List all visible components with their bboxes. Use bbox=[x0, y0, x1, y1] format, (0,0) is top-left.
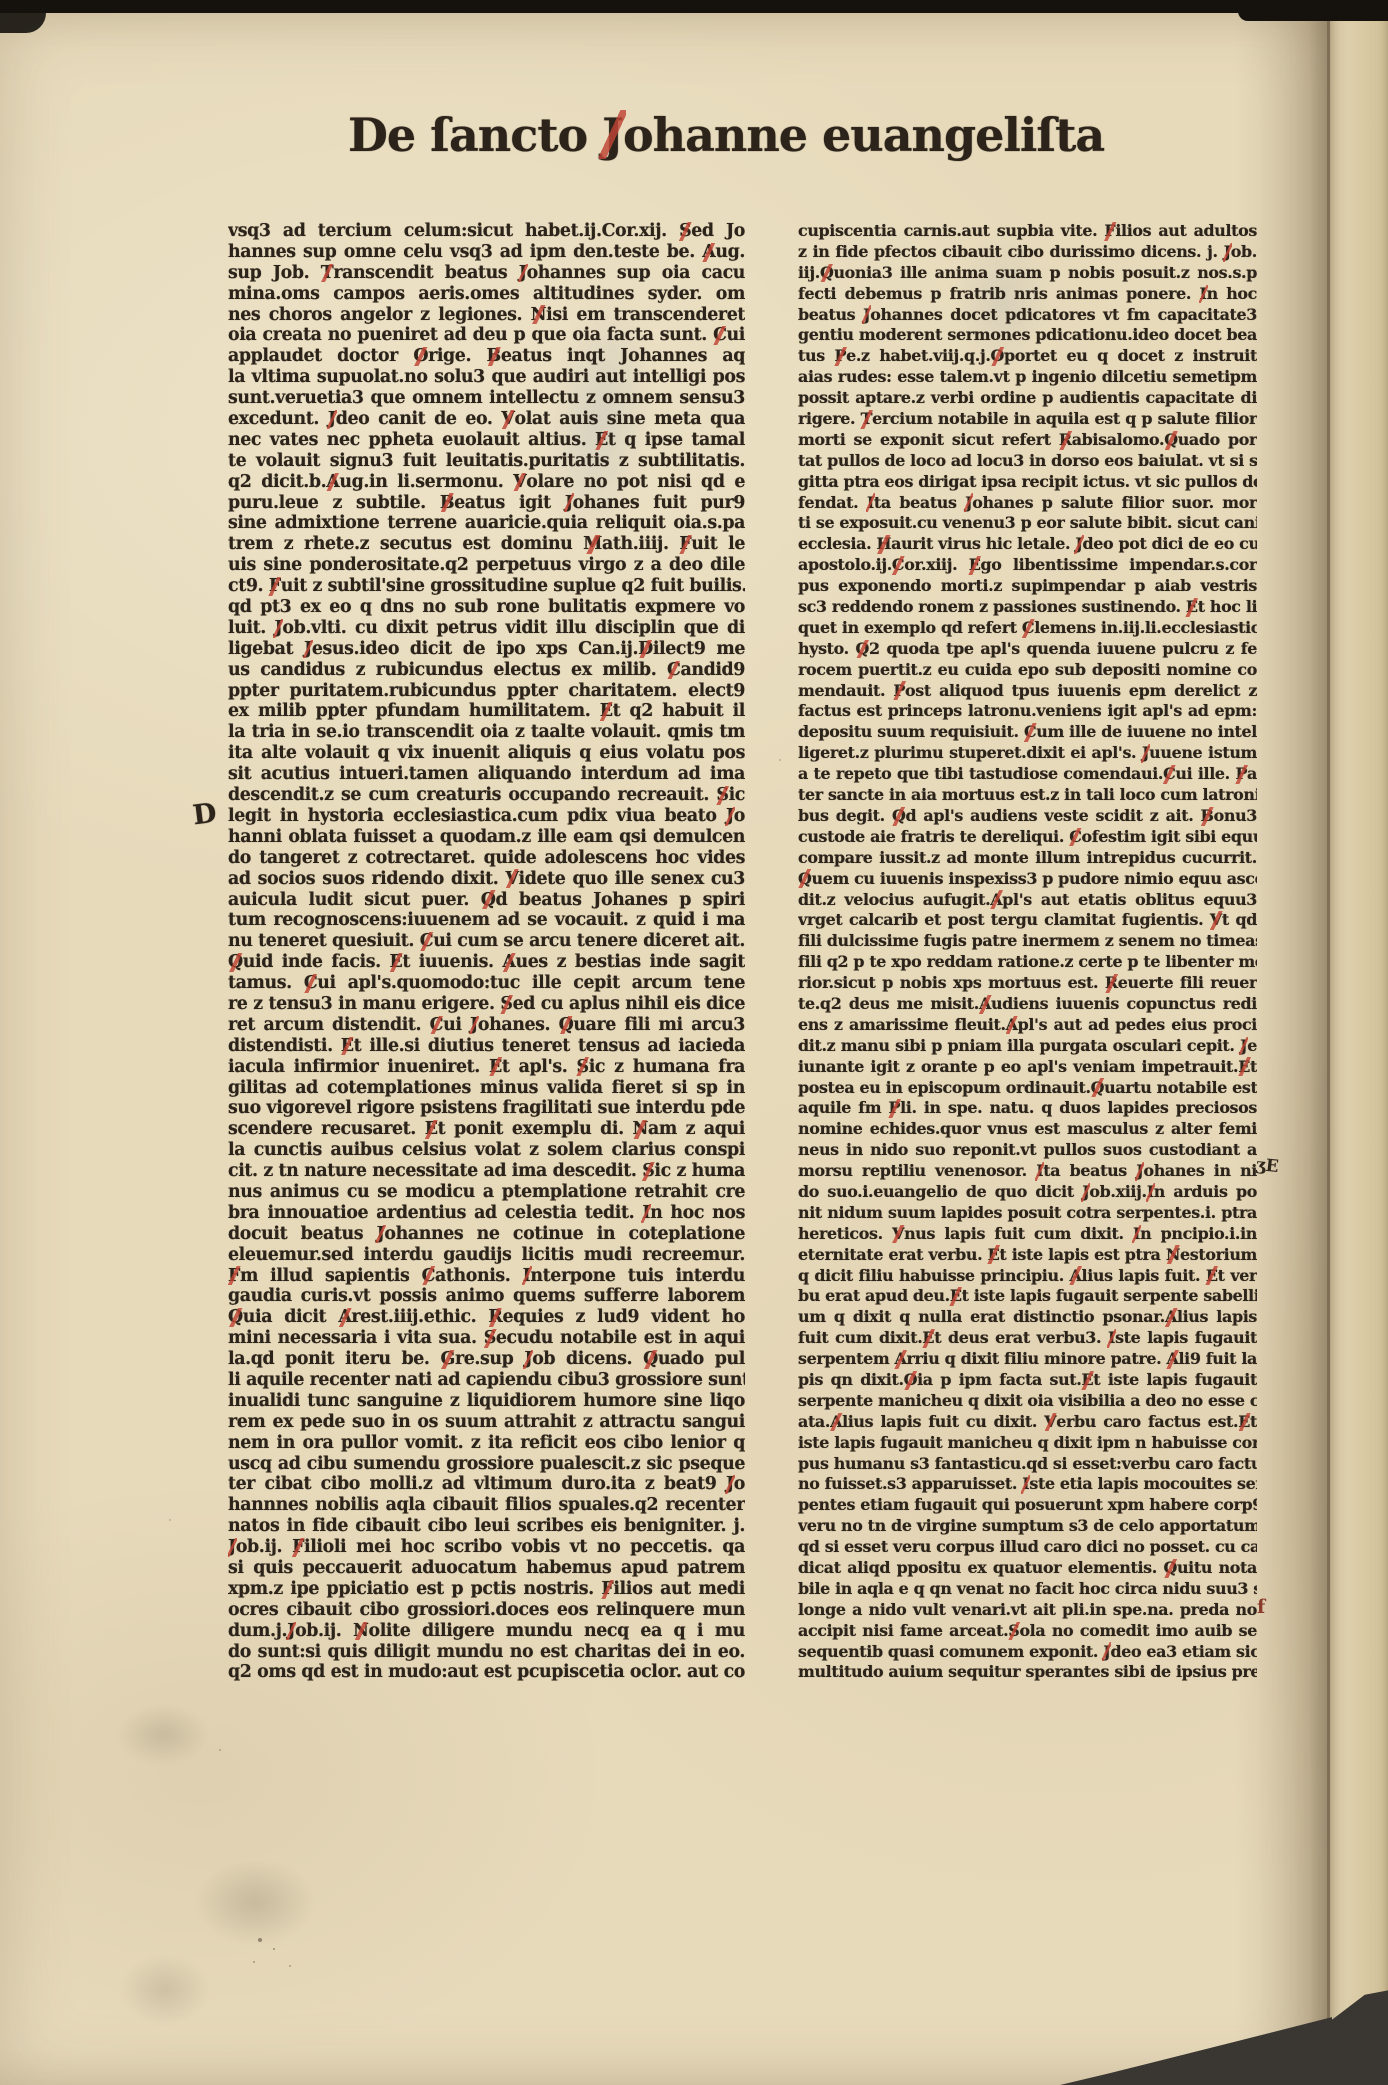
text-line: fuit cum dixit.Et deus erat verbu3. Iste… bbox=[798, 1328, 1257, 1349]
text-line: quet in exemplo qd refert Clemens in.iij… bbox=[798, 618, 1257, 639]
text-line: Quem cu iuuenis inspexiss3 p pudore nimi… bbox=[798, 869, 1257, 890]
text-line: tus Pe.z habet.viij.q.j.Oportet eu q doc… bbox=[798, 346, 1257, 367]
text-line: pentes etiam fugauit qui posuerunt xpm h… bbox=[798, 1495, 1257, 1516]
text-line: iunante igit z orante p eo apl's veniam … bbox=[798, 1057, 1257, 1078]
text-line: rem ex pede suo in os suum attrahit z at… bbox=[228, 1412, 745, 1433]
text-line: trem z rhete.z secutus est dominu Math.i… bbox=[228, 534, 745, 555]
text-line: uis sine ponderositate.q2 perpetuus virg… bbox=[228, 555, 745, 576]
text-line: ocres cibauit cibo grossiori.doces eos r… bbox=[228, 1600, 745, 1621]
text-line: sine admixtione terrene auaricie.quia re… bbox=[228, 513, 745, 534]
text-line: bus degit. Qd apl's audiens veste scidit… bbox=[798, 806, 1257, 827]
text-line: li aquile recenter nati ad capiendu cibu… bbox=[228, 1370, 745, 1391]
text-line: dit.z manu sibi p pniam illa purgata osc… bbox=[798, 1036, 1257, 1057]
text-line: do sunt:si quis diligit mundu no est cha… bbox=[228, 1642, 745, 1663]
text-line: pis qn dixit.Oia p ipm facta sut.Et iste… bbox=[798, 1370, 1257, 1391]
text-line: ret arcum distendit. Cui Johanes. Quare … bbox=[228, 1015, 745, 1036]
text-line: docuit beatus Johannes ne cotinue in cot… bbox=[228, 1224, 745, 1245]
text-line: nem in ora pullor vomit. z ita reficit e… bbox=[228, 1433, 745, 1454]
text-line: ct9. Fuit z subtil'sine grossitudine sup… bbox=[228, 576, 745, 597]
text-line: serpente manicheu q dixit oia visibilia … bbox=[798, 1391, 1257, 1412]
text-line: qd si esset veru corpus illud caro dici … bbox=[798, 1537, 1257, 1558]
text-line: ppter puritatem.rubicundus ppter charita… bbox=[228, 681, 745, 702]
gutter-shadow bbox=[1235, 13, 1327, 2085]
text-line: bile in aqla e q qn venat no facit hoc c… bbox=[798, 1579, 1257, 1600]
text-line: dicat aliqd ppositu ex quatuor elementis… bbox=[798, 1558, 1257, 1579]
margin-initial: D bbox=[191, 798, 218, 832]
text-line: pus exponendo morti.z supimpendar p aiab… bbox=[798, 576, 1257, 597]
text-line: vsq3 ad tercium celum:sicut habet.ij.Cor… bbox=[228, 221, 745, 242]
text-line: nomine echides.quor vnus est masculus z … bbox=[798, 1119, 1257, 1140]
text-line: auicula ludit sicut puer. Qd beatus Joha… bbox=[228, 890, 745, 911]
text-line: pus humanu s3 fantasticu.qd si esset:ver… bbox=[798, 1454, 1257, 1475]
text-line: eternitate erat verbu. Et iste lapis est… bbox=[798, 1245, 1257, 1266]
text-line: iste lapis fugauit manicheu q dixit ipm … bbox=[798, 1433, 1257, 1454]
text-line: Fm illud sapientis Cathonis. Interpone t… bbox=[228, 1266, 745, 1287]
text-line: la vltima supuolat.no solu3 que audiri a… bbox=[228, 367, 745, 388]
text-line: ligebat Jesus.ideo dicit de ipo xps Can.… bbox=[228, 639, 745, 660]
text-line: nec vates nec ppheta euolauit altius. Et… bbox=[228, 430, 745, 451]
text-line: sc3 reddendo ronem z passiones sustinend… bbox=[798, 597, 1257, 618]
text-line: natos in fide cibauit cibo leui scribes … bbox=[228, 1516, 745, 1537]
text-line: postea eu in episcopum ordinauit.Quartu … bbox=[798, 1078, 1257, 1099]
text-line: mendauit. Post aliquod tpus iuuenis epm … bbox=[798, 681, 1257, 702]
text-line: depositu suum requisiuit. Cum ille de iu… bbox=[798, 722, 1257, 743]
text-line: te.q2 deus me misit.Audiens iuuenis copu… bbox=[798, 994, 1257, 1015]
text-line: accipit nisi fame arceat.Sola no comedit… bbox=[798, 1621, 1257, 1642]
text-line: scendere recusaret. Et ponit exemplu di.… bbox=[228, 1119, 745, 1140]
text-line: sunt.veruetia3 que omnem intellectu z om… bbox=[228, 388, 745, 409]
text-line: ens z amarissime fleuit.Apl's aut ad ped… bbox=[798, 1015, 1257, 1036]
adjacent-page-edge bbox=[1330, 13, 1388, 2085]
text-line: cit. z tn nature necessitate ad ima desc… bbox=[228, 1161, 745, 1182]
text-line: ecclesia. Haurit virus hic letale. Jdeo … bbox=[798, 534, 1257, 555]
text-line: tum recognoscens:iuuenem ad se vocauit. … bbox=[228, 910, 745, 931]
text-line: Job.ij. Filioli mei hoc scribo vobis vt … bbox=[228, 1537, 745, 1558]
text-line: luit. Job.vlti. cu dixit petrus vidit il… bbox=[228, 618, 745, 639]
text-line: oia creata no pueniret ad deu p que oia … bbox=[228, 325, 745, 346]
text-line: la tria in se.io transcendit oia z taalt… bbox=[228, 722, 745, 743]
text-line: bra innouatioe ardentius ad celestia ted… bbox=[228, 1203, 745, 1224]
text-line: nu teneret quesiuit. Cui cum se arcu ten… bbox=[228, 931, 745, 952]
text-line: no fuisset.s3 apparuisset. Iste etia lap… bbox=[798, 1474, 1257, 1495]
text-line: inualidi tunc sanguine z liquidiorem hum… bbox=[228, 1391, 745, 1412]
text-line: te volauit signu3 fuit leuitatis.puritat… bbox=[228, 451, 745, 472]
text-line: applaudet doctor Orige. Beatus inqt Joha… bbox=[228, 346, 745, 367]
text-line: nit nidum suum lapides posuit cotra serp… bbox=[798, 1203, 1257, 1224]
text-line: tat pullos de loco ad locu3 in dorso eos… bbox=[798, 451, 1257, 472]
text-line: apostolo.ij.Cor.xiij. Ego libentissime i… bbox=[798, 555, 1257, 576]
text-line: hannnes nobilis aqla cibauit filios spua… bbox=[228, 1495, 745, 1516]
text-line: nus animus cu se modicu a ptemplatione r… bbox=[228, 1182, 745, 1203]
text-line: rocem puertit.z eu cuida epo sub deposit… bbox=[798, 660, 1257, 681]
text-line: ita alte volauit q vix inuenit aliquis q… bbox=[228, 743, 745, 764]
text-line: veru no tn de virgine sumptum s3 de celo… bbox=[798, 1516, 1257, 1537]
text-line: factus est princeps latronu.veniens igit… bbox=[798, 701, 1257, 722]
text-line: rigere. Tercium notabile in aquila est q… bbox=[798, 409, 1257, 430]
text-line: Quia dicit Arest.iiij.ethic. Requies z l… bbox=[228, 1307, 745, 1328]
text-line: sup Job. Transcendit beatus Johannes sup… bbox=[228, 263, 745, 284]
text-line: ter sancte in aia mortuus est.z in tali … bbox=[798, 785, 1257, 806]
photo-top-border-right bbox=[1238, 0, 1388, 21]
text-line: iacula infirmior inueniret. Et apl's. Si… bbox=[228, 1057, 745, 1078]
text-line: possit aptare.z verbi ordine p audientis… bbox=[798, 388, 1257, 409]
text-line: distendisti. Et ille.si diutius teneret … bbox=[228, 1036, 745, 1057]
page-header-title: De ſancto Johanne euangeliſta bbox=[348, 108, 1048, 166]
text-line: ter cibat cibo molli.z ad vltimum duro.i… bbox=[228, 1474, 745, 1495]
text-column-left: vsq3 ad tercium celum:sicut habet.ij.Cor… bbox=[228, 221, 745, 1683]
text-line: ti se exposuit.cu venenu3 p eor salute b… bbox=[798, 513, 1257, 534]
text-line: do tangeret z cotrectaret. quide adolesc… bbox=[228, 848, 745, 869]
text-line: excedunt. Jdeo canit de eo. Volat auis s… bbox=[228, 409, 745, 430]
text-line: xpm.z ipe ppiciatio est p pctis nostris.… bbox=[228, 1579, 745, 1600]
text-line: eleuemur.sed interdu gaudijs licitis mud… bbox=[228, 1245, 745, 1266]
text-line: iij.Quonia3 ille anima suam p nobis posu… bbox=[798, 263, 1257, 284]
book-photo: De ſancto Johanne euangeliſta vsq3 ad te… bbox=[0, 0, 1388, 2085]
text-line: gentiu moderent sermones pdicationu.ideo… bbox=[798, 325, 1257, 346]
text-line: ex milib ppter pfundam humilitatem. Et q… bbox=[228, 701, 745, 722]
text-line: compare iussit.z ad monte illum intrepid… bbox=[798, 848, 1257, 869]
text-line: qd pt3 ex eo q dns no sub rone bulitatis… bbox=[228, 597, 745, 618]
text-line: fili q2 p te xpo reddam ratione.z certe … bbox=[798, 952, 1257, 973]
photo-top-border bbox=[0, 0, 1388, 13]
text-line: fendat. Ita beatus Johanes p salute fili… bbox=[798, 493, 1257, 514]
text-line: hannes sup omne celu vsq3 ad ipm den.tes… bbox=[228, 242, 745, 263]
text-line: mina.oms campos aeris.omes altitudines s… bbox=[228, 284, 745, 305]
text-line: descendit.z se cum creaturis occupando r… bbox=[228, 785, 745, 806]
text-line: a te repeto que tibi tastudiose comendau… bbox=[798, 764, 1257, 785]
text-line: sit acutius intueri.tamen aliquando inte… bbox=[228, 764, 745, 785]
text-line: hereticos. Vnus lapis fuit cum dixit. In… bbox=[798, 1224, 1257, 1245]
text-line: ligeret.z plurimu stuperet.dixit ei apl'… bbox=[798, 743, 1257, 764]
text-line: sequentib quasi comunem exponit. Jdeo ea… bbox=[798, 1642, 1257, 1663]
text-line: mini necessaria i vita sua. Secudu notab… bbox=[228, 1328, 745, 1349]
text-line: aias rudes: esse talem.vt p ingenio dilc… bbox=[798, 367, 1257, 388]
text-line: fili dulcissime fugis patre inermem z se… bbox=[798, 931, 1257, 952]
text-line: fecti debemus p fratrib nris animas pone… bbox=[798, 284, 1257, 305]
text-line: suo vigorevel rigore psistens fragilitat… bbox=[228, 1098, 745, 1119]
text-line: puru.leue z subtile. Beatus igit Johanes… bbox=[228, 493, 745, 514]
text-line: bu erat apud deu.Et iste lapis fugauit s… bbox=[798, 1286, 1257, 1307]
text-line: multitudo auium sequitur sperantes sibi … bbox=[798, 1662, 1257, 1683]
text-line: morsu reptiliu venenosor. Ita beatus Joh… bbox=[798, 1161, 1257, 1182]
text-column-right: cupiscentia carnis.aut supbia vite. Fili… bbox=[798, 221, 1257, 1683]
text-line: neus in nido suo reponit.vt pullos suos … bbox=[798, 1140, 1257, 1161]
text-line: q2 oms qd est in mudo:aut est pcupisceti… bbox=[228, 1662, 745, 1683]
text-line: dum.j.Job.ij. Nolite diligere mundu necq… bbox=[228, 1621, 745, 1642]
text-line: gilitas ad cotemplationes minus valida f… bbox=[228, 1078, 745, 1099]
text-line: re z tensu3 in manu erigere. Sed cu aplu… bbox=[228, 994, 745, 1015]
text-line: dit.z velocius aufugit.Apl's aut etatis … bbox=[798, 890, 1257, 911]
text-line: la cunctis auibus celsius volat z solem … bbox=[228, 1140, 745, 1161]
text-line: cupiscentia carnis.aut supbia vite. Fili… bbox=[798, 221, 1257, 242]
text-line: ad socios suos ridendo dixit. Videte quo… bbox=[228, 869, 745, 890]
text-line: z in fide pfectos cibauit cibo durissimo… bbox=[798, 242, 1257, 263]
text-line: beatus Johannes docet pdicatores vt fm c… bbox=[798, 305, 1257, 326]
text-line: q dicit filiu habuisse principiu. Alius … bbox=[798, 1266, 1257, 1287]
text-line: uscq ad cibu sumendu grossiore pualescit… bbox=[228, 1454, 745, 1475]
text-line: la.qd ponit iteru be. Gre.sup Job dicens… bbox=[228, 1349, 745, 1370]
text-line: um q dixit q nulla erat distinctio psona… bbox=[798, 1307, 1257, 1328]
text-line: legit in hystoria ecclesiastica.cum pdix… bbox=[228, 806, 745, 827]
text-line: morti se exponit sicut refert Rabisalomo… bbox=[798, 430, 1257, 451]
text-line: hanni oblata fuisset a quodam.z ille eam… bbox=[228, 827, 745, 848]
text-line: vrget calcarib et post tergu clamitat fu… bbox=[798, 910, 1257, 931]
text-line: tamus. Cui apl's.quomodo:tuc ille cepit … bbox=[228, 973, 745, 994]
text-line: us candidus z rubicundus electus ex mili… bbox=[228, 660, 745, 681]
text-line: Quid inde facis. Et iuuenis. Aues z best… bbox=[228, 952, 745, 973]
text-line: si quis peccauerit aduocatum habemus apu… bbox=[228, 1558, 745, 1579]
text-line: serpentem Arriu q dixit filiu minore pat… bbox=[798, 1349, 1257, 1370]
text-line: gaudia curis.vt possis animo quems suffe… bbox=[228, 1286, 745, 1307]
text-line: custode aie fratris te dereliqui. Cofest… bbox=[798, 827, 1257, 848]
text-line: gitta ptra eos dirigat ipsa recipit ictu… bbox=[798, 472, 1257, 493]
text-line: q2 dicit.b.Aug.in li.sermonu. Volare no … bbox=[228, 472, 745, 493]
text-line: aquile fm Pli. in spe. natu. q duos lapi… bbox=[798, 1098, 1257, 1119]
text-line: hysto. Q2 quoda tpe apl's quenda iuuene … bbox=[798, 639, 1257, 660]
text-line: ata.Alius lapis fuit cu dixit. Verbu car… bbox=[798, 1412, 1257, 1433]
text-line: rior.sicut p nobis xps mortuus est. Reue… bbox=[798, 973, 1257, 994]
text-line: longe a nido vult venari.vt ait pli.in s… bbox=[798, 1600, 1257, 1621]
text-line: nes choros angelor z legiones. Nisi em t… bbox=[228, 305, 745, 326]
text-line: do suo.i.euangelio de quo dicit Job.xiij… bbox=[798, 1182, 1257, 1203]
